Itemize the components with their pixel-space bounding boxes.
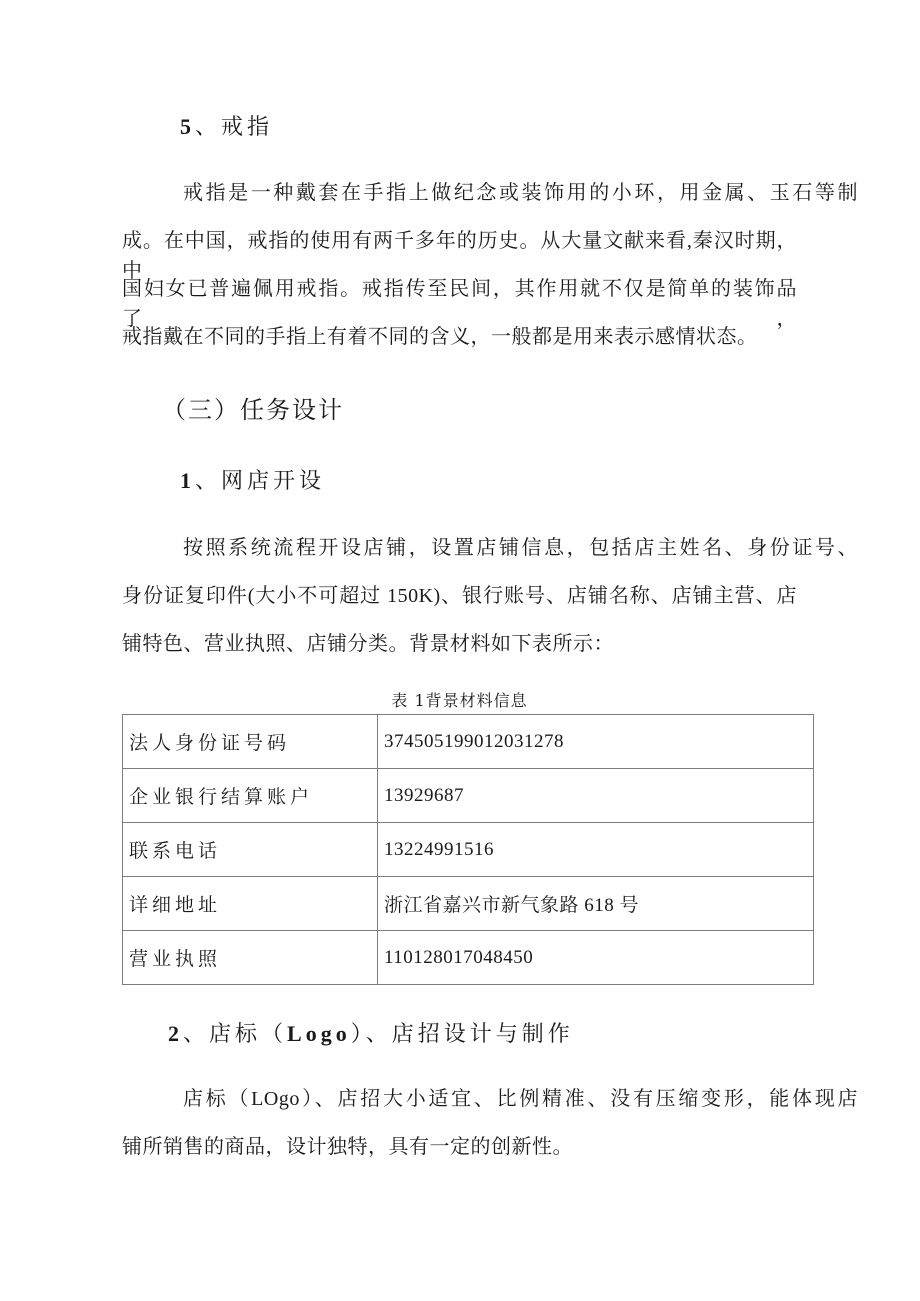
paragraph-line: 戒指是一种戴套在手指上做纪念或装饰用的小环，用金属、玉石等制 (122, 178, 858, 208)
paragraph-line: 铺特色、营业执照、店铺分类。背景材料如下表所示： (122, 629, 797, 659)
heading-section5-ring: 5、戒指 (122, 112, 855, 142)
document-page: 5、戒指 戒指是一种戴套在手指上做纪念或装饰用的小环，用金属、玉石等制 成。在中… (0, 0, 920, 1301)
heading-section3-task-design: （三）任务设计 (122, 394, 837, 428)
table-row: 法人身份证号码 374505199012031278 (123, 715, 814, 769)
table-cell-value: 374505199012031278 (378, 715, 814, 769)
table-cell-label: 营业执照 (123, 931, 378, 985)
table-row: 联系电话 13224991516 (123, 823, 814, 877)
table-cell-label: 详细地址 (123, 877, 378, 931)
table-cell-value: 110128017048450 (378, 931, 814, 985)
table-cell-value: 13929687 (378, 769, 814, 823)
table-cell-value: 浙江省嘉兴市新气象路 618 号 (378, 877, 814, 931)
paragraph-line: 铺所销售的商品，设计独特，具有一定的创新性。 (122, 1132, 797, 1162)
paragraph-line: 按照系统流程开设店铺，设置店铺信息，包括店主姓名、身份证号、 (122, 533, 858, 563)
heading-task2-logo-design: 2、店标（Logo）、店招设计与制作 (122, 1019, 843, 1049)
table-row: 企业银行结算账户 13929687 (123, 769, 814, 823)
paragraph-line: 戒指戴在不同的手指上有着不同的含义，一般都是用来表示感情状态。 (122, 322, 797, 352)
heading-task1-store-opening: 1、网店开设 (122, 466, 855, 496)
table-caption: 表 1背景材料信息 (122, 690, 797, 712)
paragraph-line: 身份证复印件(大小不可超过 150K)、银行账号、店铺名称、店铺主营、店 (122, 581, 797, 611)
background-info-table: 法人身份证号码 374505199012031278 企业银行结算账户 1392… (122, 714, 814, 985)
table-cell-label: 企业银行结算账户 (123, 769, 378, 823)
table-cell-label: 联系电话 (123, 823, 378, 877)
table-row: 营业执照 110128017048450 (123, 931, 814, 985)
table-row: 详细地址 浙江省嘉兴市新气象路 618 号 (123, 877, 814, 931)
paragraph-line: 店标（LOgo）、店招大小适宜、比例精准、没有压缩变形，能体现店 (122, 1084, 858, 1114)
table-cell-label: 法人身份证号码 (123, 715, 378, 769)
table-cell-value: 13224991516 (378, 823, 814, 877)
